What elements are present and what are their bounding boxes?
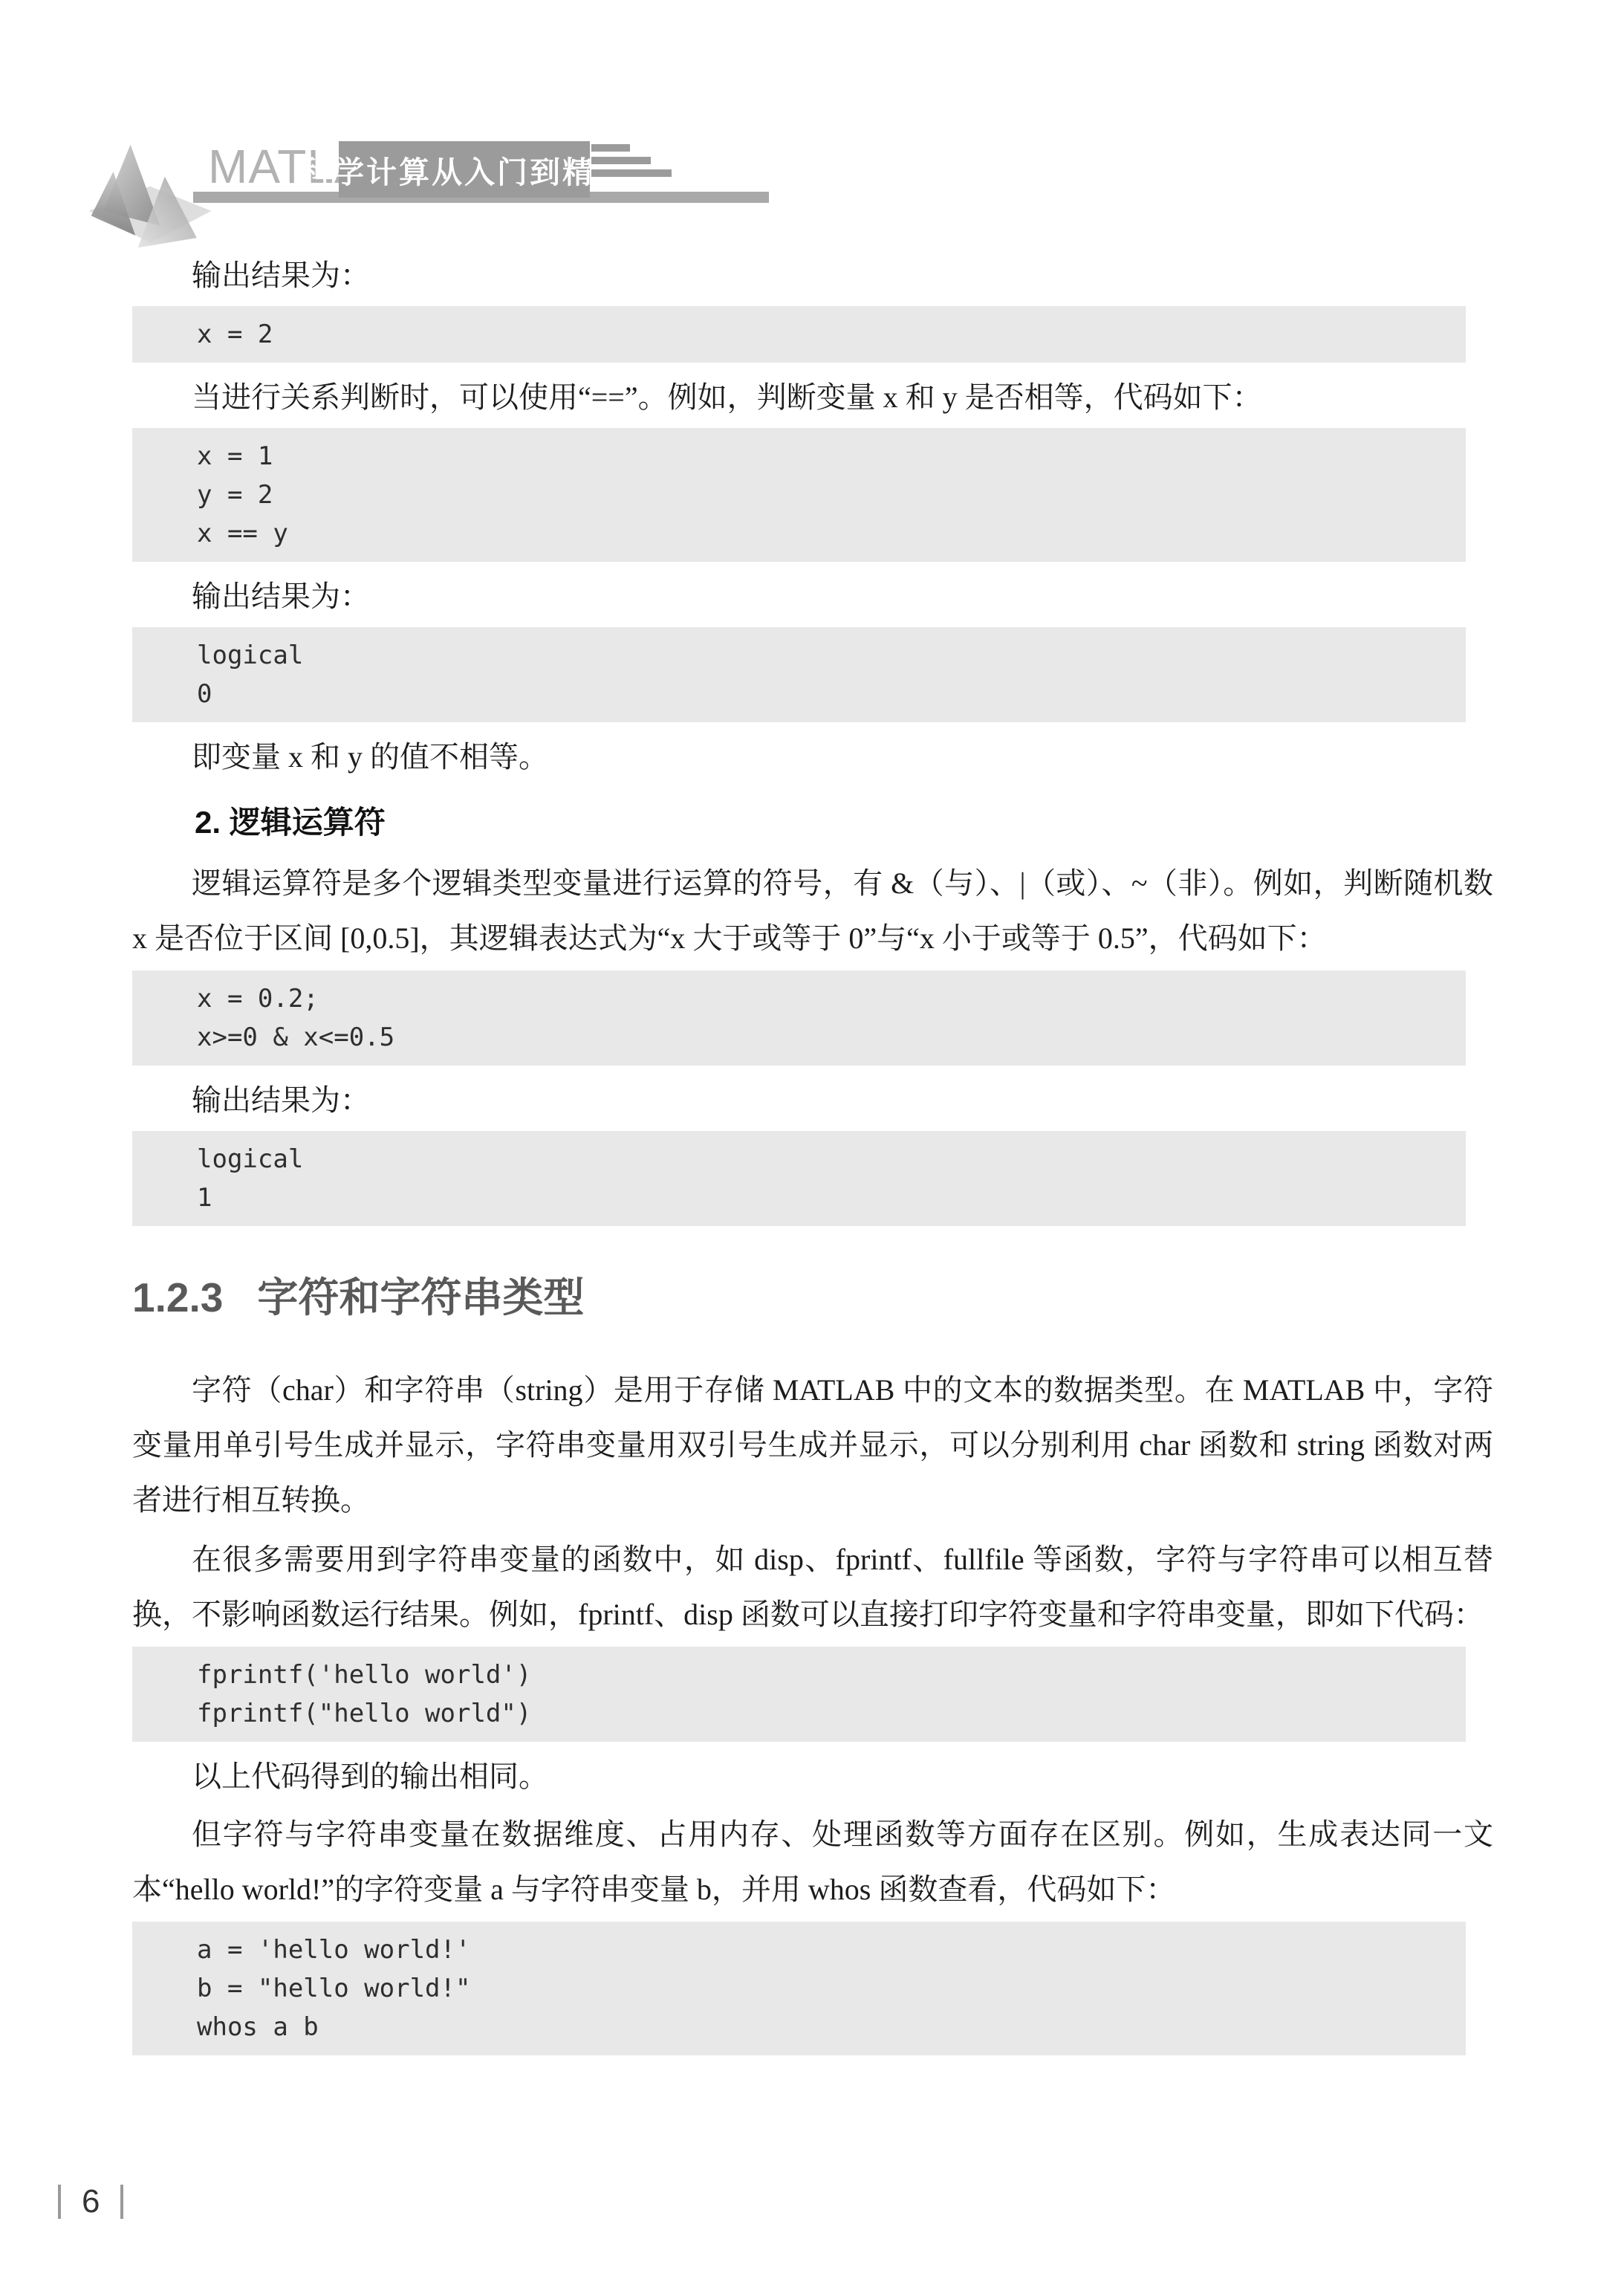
code-line: y = 2 [197, 476, 1451, 514]
paragraph-output-label: 输出结果为： [132, 580, 1493, 614]
paragraph-char-string-intro: 字符（char）和字符串（string）是用于存储 MATLAB 中的文本的数据… [132, 1363, 1493, 1528]
header-decor-line [591, 169, 672, 177]
code-line: whos a b [197, 2008, 1451, 2046]
header-subtitle-box: 科学计算从入门到精通 [339, 141, 590, 198]
paragraph-same-output: 以上代码得到的输出相同。 [132, 1760, 1493, 1794]
section-heading: 1.2.3 字符和字符串类型 [132, 1274, 1493, 1321]
code-block-assignment-result: x = 2 [132, 306, 1466, 363]
section-number: 1.2.3 [132, 1274, 223, 1321]
page-body: 输出结果为： x = 2 当进行关系判断时，可以使用“==”。例如，判断变量 x… [132, 259, 1493, 2073]
code-line: b = "hello world!" [197, 1969, 1451, 2008]
paragraph-string-functions: 在很多需要用到字符串变量的函数中，如 disp、fprintf、fullfile… [132, 1532, 1493, 1642]
code-line: fprintf("hello world") [197, 1694, 1451, 1733]
paragraph-output-label: 输出结果为： [132, 259, 1493, 293]
section-title: 字符和字符串类型 [257, 1274, 584, 1321]
code-line: x == y [197, 514, 1451, 553]
code-block-fprintf: fprintf('hello world') fprintf("hello wo… [132, 1647, 1466, 1742]
code-block-interval-test: x = 0.2; x>=0 & x<=0.5 [132, 970, 1466, 1066]
code-line: x = 0.2; [197, 979, 1451, 1018]
code-line: x = 2 [197, 315, 1451, 354]
paragraph-output-label: 输出结果为： [132, 1083, 1493, 1118]
paragraph-logical-operators: 逻辑运算符是多个逻辑类型变量进行运算的符号，有 &（与）、|（或）、~（非）。例… [132, 856, 1493, 966]
code-line: x = 1 [197, 437, 1451, 476]
code-line: x>=0 & x<=0.5 [197, 1018, 1451, 1057]
paragraph-char-string-difference: 但字符与字符串变量在数据维度、占用内存、处理函数等方面存在区别。例如，生成表达同… [132, 1807, 1493, 1917]
code-line: logical [197, 1140, 1451, 1179]
code-line: 0 [197, 675, 1451, 713]
paragraph-relational: 当进行关系判断时，可以使用“==”。例如，判断变量 x 和 y 是否相等，代码如… [132, 380, 1493, 415]
code-line: fprintf('hello world') [197, 1656, 1451, 1694]
page-footer: 6 [58, 2183, 123, 2220]
code-block-logical-false: logical 0 [132, 627, 1466, 722]
page-number: 6 [82, 2183, 100, 2220]
page-header: MATLAB 科学计算从入门到精通 [88, 138, 920, 257]
header-decor-line [591, 144, 630, 152]
code-block-logical-true: logical 1 [132, 1131, 1466, 1226]
paragraph-not-equal: 即变量 x 和 y 的值不相等。 [132, 740, 1493, 774]
code-block-whos: a = 'hello world!' b = "hello world!" wh… [132, 1922, 1466, 2055]
code-block-equality-test: x = 1 y = 2 x == y [132, 428, 1466, 562]
footer-divider-bar [58, 2185, 61, 2219]
header-subtitle-text: 科学计算从入门到精通 [301, 148, 628, 192]
subheading-logical-operators: 2. 逻辑运算符 [132, 804, 1493, 841]
footer-divider-bar [120, 2185, 123, 2219]
code-line: a = 'hello world!' [197, 1931, 1451, 1969]
code-line: logical [197, 636, 1451, 675]
header-decor-line [591, 157, 651, 164]
code-line: 1 [197, 1179, 1451, 1217]
